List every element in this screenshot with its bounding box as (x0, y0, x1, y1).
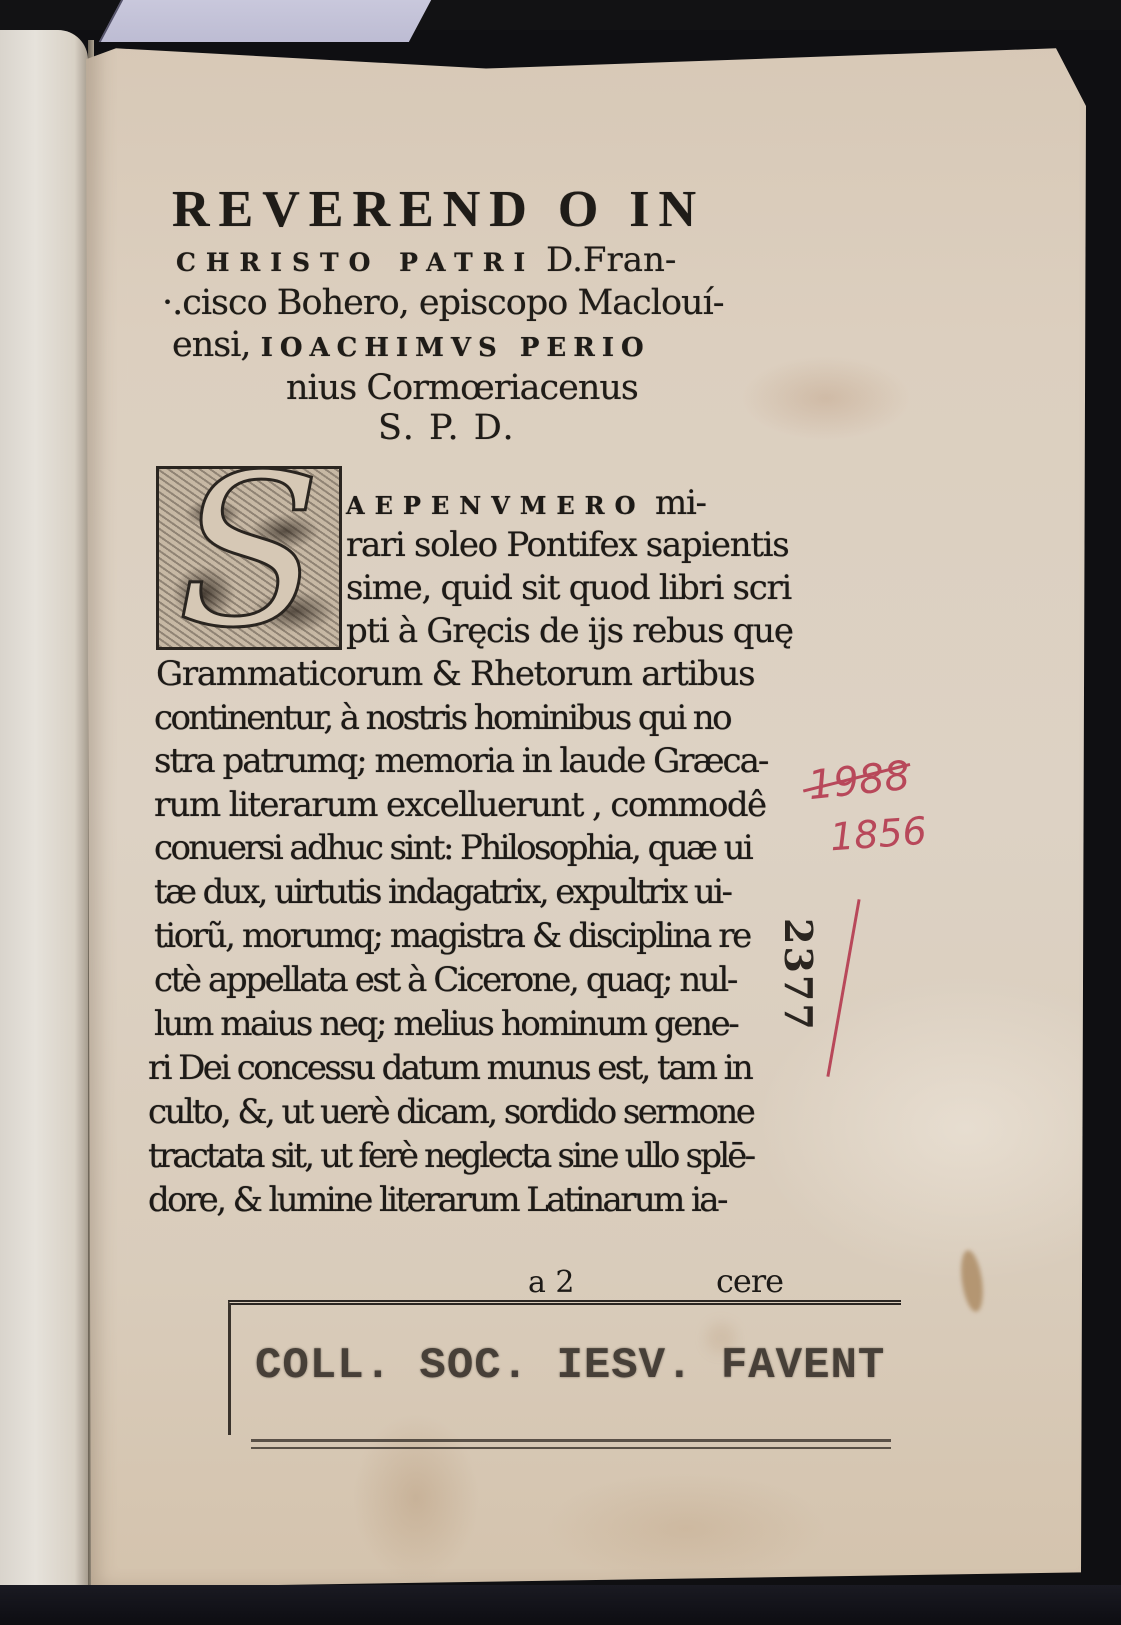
woodcut-initial: S (156, 466, 342, 650)
body-line: AEPENVMERO mi- (346, 483, 706, 523)
body-line: tæ dux, uirtutis indagatrix, expultrix u… (154, 872, 730, 912)
heading-line-1: REVEREND O IN (172, 180, 705, 239)
body-line: conuersi adhuc sint: Philosophia, quæ ui (154, 828, 751, 868)
body-line: rari soleo Pontifex sapientis (346, 525, 788, 565)
body-line: stra patrumq; memoria in laude Græca- (154, 741, 767, 781)
body-line: tiorũ, morumq; magistra & disciplina re (154, 916, 750, 956)
library-stamp: COLL. SOC. IESV. FAVENT (228, 1300, 901, 1435)
body-line: sime, quid sit quod libri scri (346, 568, 791, 608)
book-page: REVEREND O IN CHRISTO PATRI D.Fran- ·.ci… (86, 28, 1086, 1588)
red-annotation-crossed-number: 1988 (806, 753, 912, 809)
library-stamp-text: COLL. SOC. IESV. FAVENT (255, 1341, 885, 1391)
heading-line-2-rest: D.Fran- (546, 240, 676, 280)
signature-mark: a 2 (528, 1265, 575, 1300)
background-paper-sheet (99, 0, 431, 42)
body-line: Grammaticorum & Rhetorum artibus (156, 654, 754, 694)
red-strike-line (826, 899, 860, 1077)
stain-mark (958, 1249, 986, 1313)
heading-line-2-caps: CHRISTO PATRI (176, 248, 535, 277)
body-line: pti à Gręcis de ijs rebus quę (346, 611, 793, 651)
body-line: rum literarum excelluerunt , commodê (154, 785, 766, 825)
body-line-rest: mi- (646, 483, 706, 523)
body-line: continentur, à nostris hominibus qui no (154, 698, 730, 738)
body-line: lum maius neq; melius hominum gene- (154, 1004, 737, 1044)
initial-letter: S (177, 466, 321, 650)
red-annotation-number: 1856 (829, 809, 929, 860)
background-dark-bottom (0, 1585, 1121, 1625)
body-line: tractata sit, ut ferè neglecta sine ullo… (148, 1136, 753, 1176)
body-line: ri Dei concessu datum munus est, tam in (148, 1048, 751, 1088)
catchword: cere (716, 1262, 783, 1300)
heading-line-4-start: ensi, (172, 325, 251, 365)
body-line-caps: AEPENVMERO (346, 491, 646, 520)
body-line: culto, &, ut uerè dicam, sordido sermone (148, 1092, 753, 1132)
heading-line-4-caps: IOACHIMVS PERIO (261, 333, 651, 363)
body-line: ctè appellata est à Cicerone, quaq; nul- (154, 960, 736, 1000)
heading-salutation: S. P. D. (378, 408, 516, 448)
heading-line-5: nius Cormœriacenus (286, 368, 638, 408)
body-line: dore, & lumine literarum Latinarum ia- (148, 1180, 726, 1220)
heading-line-2: CHRISTO PATRI D.Fran- (176, 240, 676, 280)
left-facing-leaf (0, 30, 88, 1600)
heading-line-3: ·.cisco Bohero, episcopo Maclouí- (162, 283, 724, 323)
heading-line-4: ensi, IOACHIMVS PERIO (172, 325, 651, 365)
ink-shelfmark-vertical: 2377 (776, 918, 821, 1032)
